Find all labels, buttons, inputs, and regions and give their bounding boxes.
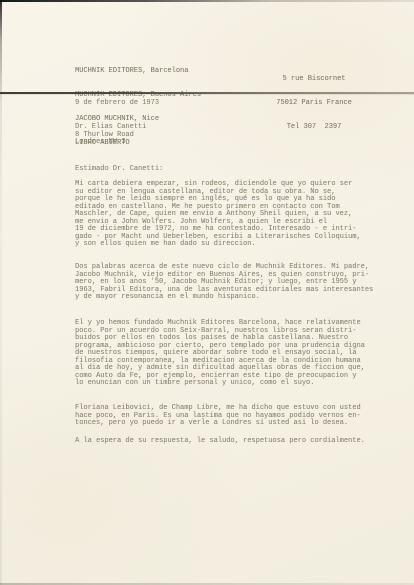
letterhead-city: 75012 Paris France: [258, 99, 370, 107]
letterhead-address-block: 5 rue Biscornet 75012 Paris France Tel 3…: [258, 59, 370, 147]
closing-line: A la espera de su respuesta, le saludo, …: [75, 438, 365, 446]
salutation: Estimado Dr. Canetti:: [75, 166, 163, 174]
scan-edge-left: [0, 0, 2, 585]
body-paragraph-4: Floriana Leibovici, de Champ Libre, me h…: [75, 405, 361, 428]
letter-date: 9 de febrero de 1973: [75, 100, 159, 108]
letterhead-line-barcelona: MUCHNIK EDITORES, Barcelona: [75, 67, 201, 75]
scan-edge-top: [0, 0, 414, 2]
letterhead-street: 5 rue Biscornet: [258, 75, 370, 83]
letterhead-phone: Tel 307 2397: [258, 123, 370, 131]
body-paragraph-3: El y yo hemos fundado Muchnik Editores B…: [75, 320, 365, 388]
letter-page: MUCHNIK EDITORES, Barcelona MUCHNIK EDIT…: [0, 0, 414, 585]
recipient-address: Dr. Elias Canetti 8 Thurlow Road Londres…: [75, 124, 146, 147]
body-paragraph-2: Dos palabras acerca de este nuevo ciclo …: [75, 264, 373, 302]
letterhead-divider: [0, 92, 414, 94]
letterhead-line-nice: JACOBO MUCHNIK, Nice: [75, 115, 201, 123]
body-paragraph-1: Mi carta debiera empezar, sin rodeos, di…: [75, 181, 361, 249]
